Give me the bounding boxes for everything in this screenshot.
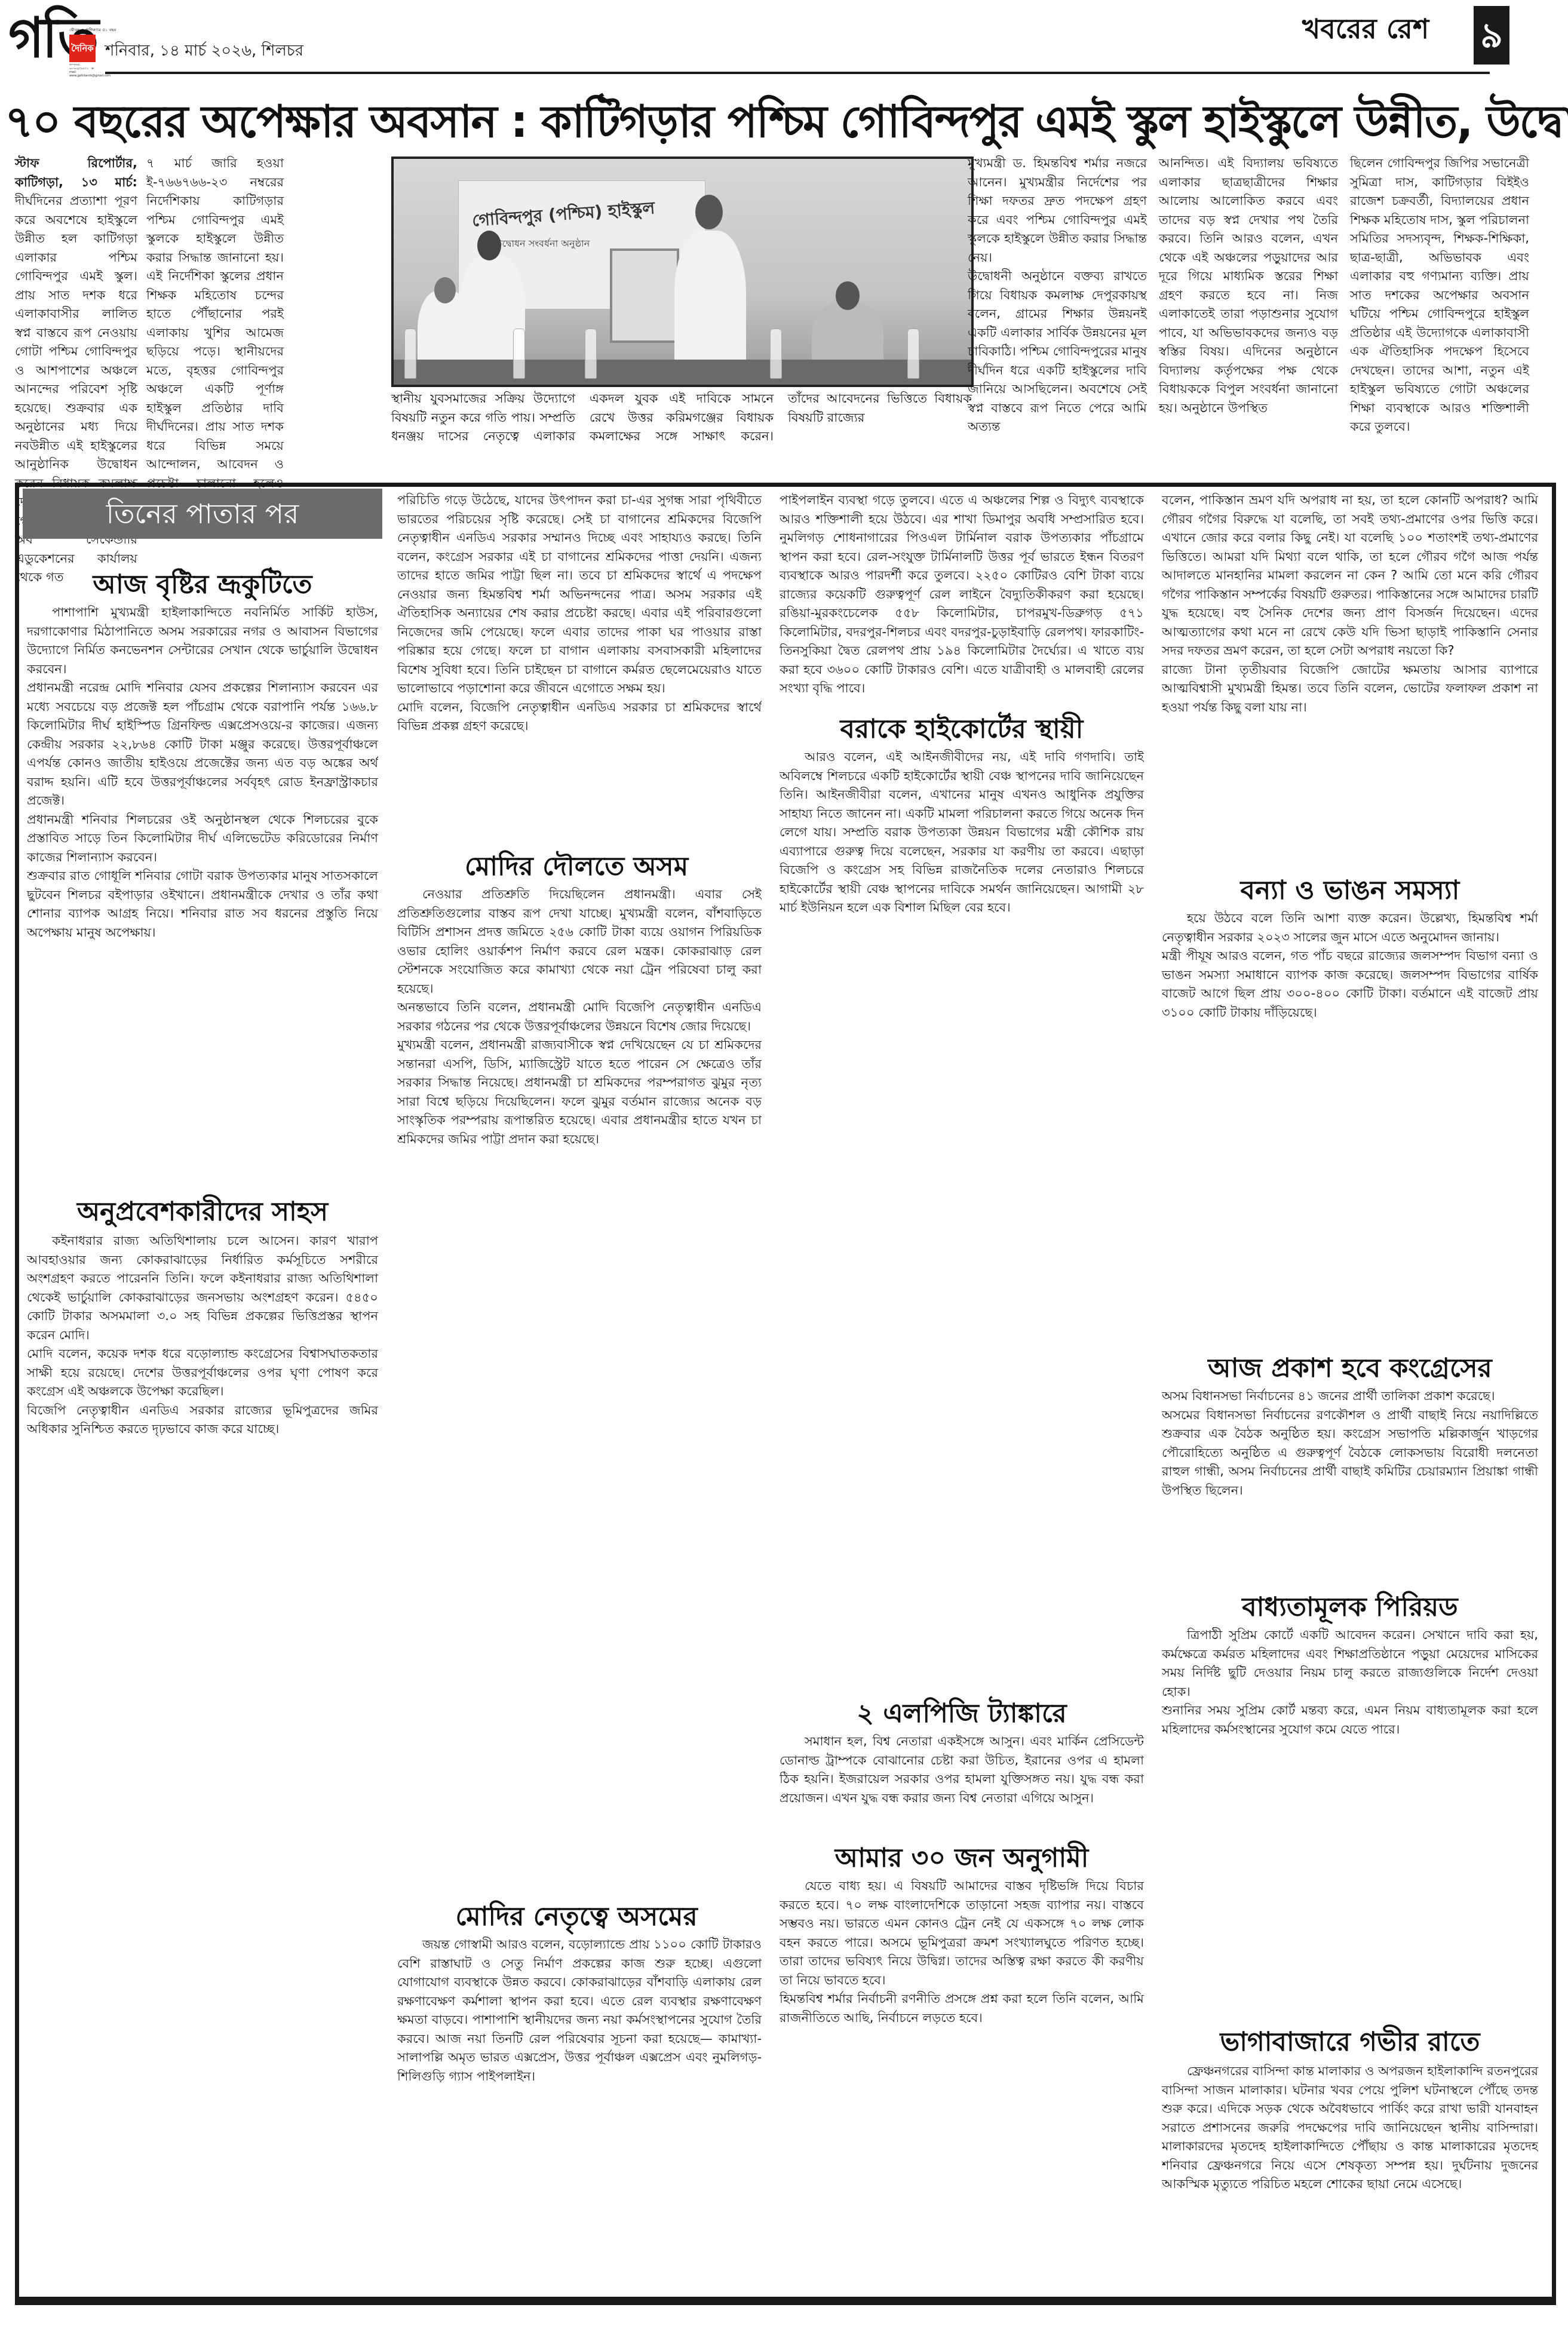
byline: স্টাফ রিপোর্টার, কাটিগড়া, ১৩ মার্চ: [15, 156, 137, 189]
story-body: পাশাপাশি মুখ্যমন্ত্রী হাইলাকান্দিতে নবনি… [27, 603, 378, 1171]
page-number: ৯ [1474, 6, 1509, 65]
story-body: বলেন, পাকিস্তান ভ্রমণ যদি অপরাধ না হয়, … [1162, 491, 1538, 873]
dateline: শনিবার, ১৪ মার্চ ২০২৬, শিলচর [105, 38, 303, 65]
continued-banner: তিনের পাতার পর [23, 489, 382, 539]
photo-bottle [404, 329, 416, 379]
story-heading: ভাগাবাজারে গভীর রাতে [1159, 2025, 1541, 2060]
story-body: সমাধান হল, বিশ্ব নেতারা একইসঙ্গে আসুন। এ… [780, 1732, 1144, 1840]
photo-bottle [585, 329, 597, 379]
lead-headline: ৭০ বছরের অপেক্ষার অবসান : কাটিগড়ার পশ্চ… [5, 97, 1564, 147]
section-title: খবরের রেশ [1302, 8, 1429, 54]
story-body: ফ্রেঞ্চনগরের বাসিন্দা কান্ত মালাকার ও অপ… [1162, 2062, 1538, 2289]
masthead-rule [105, 72, 1490, 74]
story-body: হয়ে উঠবে বলে তিনি আশা ব্যক্ত করেন। উল্ল… [1162, 909, 1538, 1351]
story-body: পরিচিতি গড়ে উঠেছে, যাদের উৎপাদন করা চা-… [397, 491, 762, 849]
story-heading: ২ এলপিজি ট্যাঙ্কারে [777, 1696, 1147, 1731]
bottom-rule [15, 2297, 1556, 2305]
story-body: কইনাধরার রাজ্য অতিথিশালায় চলে আসেন। কার… [27, 1232, 378, 2289]
story-heading: মোদির দৌলতে অসম [391, 849, 762, 884]
story-heading: বাধ্যতামূলক পিরিয়ড [1159, 1590, 1541, 1625]
story-body: ত্রিপাঠী সুপ্রিম কোর্টে একটি আবেদন করেন।… [1162, 1626, 1538, 2056]
lead-col-4: আনন্দিত। এই বিদ্যালয় ভবিষ্যতে এলাকার ছা… [1159, 154, 1338, 418]
story-heading: বন্যা ও ভাঙন সমস্যা [1159, 873, 1541, 908]
story-heading: আজ বৃষ্টির ভ্রূকুটিতে [23, 567, 382, 602]
lead-photo: গোবিন্দপুর (পশ্চিম) হাইস্কুল উদ্বোধন সংব… [391, 157, 974, 387]
brand-contact: সম্পাদক: ৯৮৬৪০৫৯৮৫২ · e-mail: www.gatida… [69, 63, 97, 78]
photo-head [695, 195, 723, 229]
story-body: জয়ন্ত গোস্বামী আরও বলেন, বড়োল্যান্ডে প… [397, 1935, 762, 2294]
photo-table [394, 360, 971, 385]
photo-caption: স্থানীয় যুবসমাজের সক্রিয় উদ্যোগে বিষয়… [391, 389, 972, 446]
story-body: অসম বিধানসভা নির্বাচনের ৪১ জনের প্রার্থী… [1162, 1387, 1538, 1590]
photo-bottle [513, 329, 525, 379]
photo-head [477, 231, 501, 260]
story-body: যেতে বাধ্য হয়। এ বিষয়টি আমাদের বাস্তব … [780, 1877, 1144, 2289]
photo-head [434, 277, 456, 303]
logo-tagline: যৌবন ও অঙ্গিকারে ৩১ বছর [69, 26, 116, 33]
lead-col-5: ছিলেন গোবিন্দপুর জিপির সভানেত্রী সুমিত্র… [1350, 154, 1529, 437]
story-body: পাইপলাইন ব্যবস্থা গড়ে তুলবে। এতে এ অঞ্চ… [780, 491, 1144, 712]
lead-col-3: মুখ্যমন্ত্রী ড. হিমন্তবিশ্ব শর্মার নজরে … [968, 154, 1147, 437]
photo-bottle [770, 329, 782, 379]
story-heading: মোদির নেতৃত্বে অসমের [391, 1900, 762, 1934]
photo-head [836, 281, 860, 310]
photo-bottle [907, 329, 919, 379]
story-body: নেওয়ার প্রতিশ্রুতি দিয়েছিলেন প্রধানমন্… [397, 885, 762, 1901]
story-body: আরও বলেন, এই আইনজীবীদের নয়, এই দাবি গণদ… [780, 748, 1144, 1692]
story-heading: বরাকে হাইকোর্টের স্থায়ী [777, 712, 1147, 747]
brand-badge: দৈনিক [69, 35, 96, 62]
masthead: গতি যৌবন ও অঙ্গিকারে ৩১ বছর দৈনিক সম্পাদ… [0, 0, 1568, 78]
story-heading: আজ প্রকাশ হবে কংগ্রেসের [1159, 1351, 1541, 1386]
lead-col-2: ৭ মার্চ জারি হওয়া ই-৭৬৬৭৬৬-২৩ নম্বরের ন… [146, 154, 284, 530]
photo-frame-gift [610, 248, 679, 343]
story-heading: আমার ৩০ জন অনুগামী [777, 1841, 1147, 1876]
story-heading: অনুপ্রবেশকারীদের সাহস [23, 1195, 382, 1229]
